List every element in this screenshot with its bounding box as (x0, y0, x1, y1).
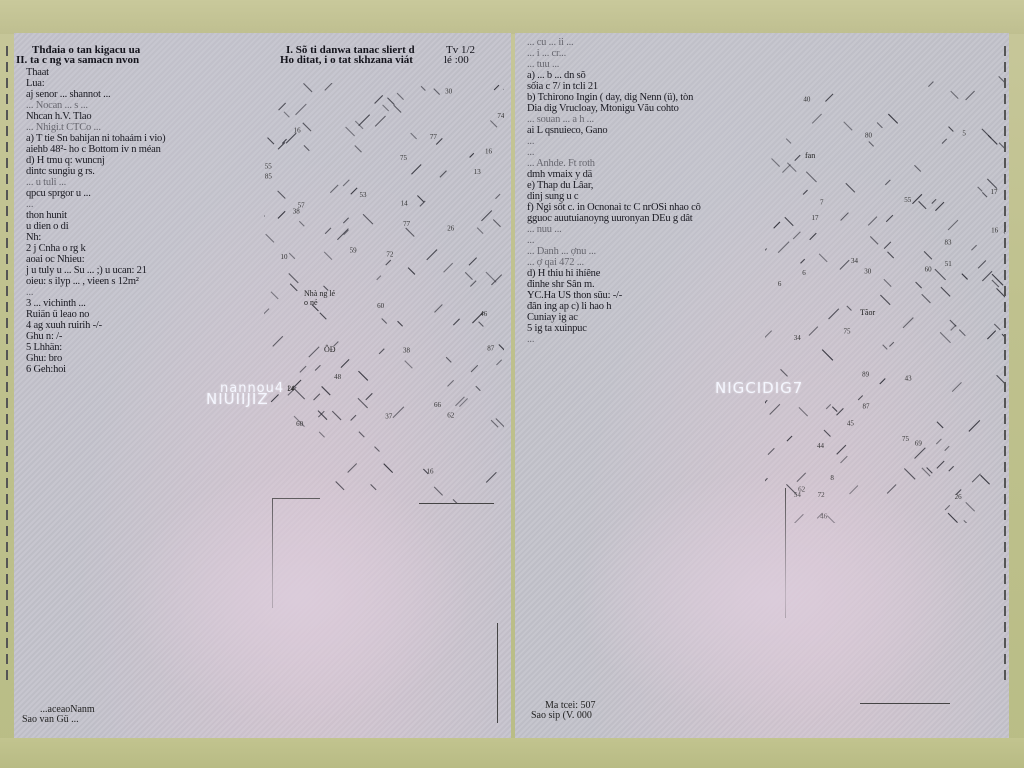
edge-mark (1004, 62, 1006, 72)
svg-text:7: 7 (820, 198, 824, 206)
frame-line (497, 623, 498, 723)
svg-text:45: 45 (847, 420, 855, 428)
edge-mark (6, 62, 8, 72)
svg-text:46: 46 (480, 310, 488, 318)
edge-mark (1004, 494, 1006, 504)
edge-mark (1004, 526, 1006, 536)
text-line: ... (26, 287, 165, 298)
right-footer-2: Sao sip (V. 000 (531, 711, 592, 721)
text-line: ... Nhigi.t CTCo ... (26, 122, 165, 133)
text-line: j u tuly u ... Su ... ;) u ucan: 21 (26, 265, 165, 276)
svg-text:55: 55 (904, 196, 912, 204)
text-line: gguoc auutuianoyng uuronyan DEu g dât (527, 213, 701, 224)
svg-text:69: 69 (915, 439, 923, 447)
text-line: e) Thap du Lâar, (527, 180, 701, 191)
text-line: 5 ig ta xuinpuc (527, 323, 701, 334)
text-line: Nhcan h.V. Tlao (26, 111, 165, 122)
text-line: 2 j Cnha o rg k (26, 243, 165, 254)
edge-mark (1004, 94, 1006, 104)
svg-text:77: 77 (403, 220, 411, 228)
edge-mark (6, 430, 8, 440)
svg-text:80: 80 (865, 131, 873, 139)
edge-mark (1004, 478, 1006, 488)
left-page: Thđaia o tan kigacu ua II. ta c ng va sa… (14, 33, 511, 738)
edge-mark (1004, 606, 1006, 616)
text-line: 5 Lhhän: (26, 342, 165, 353)
left-heading-2: II. ta c ng va samacn nvon (16, 55, 139, 66)
svg-text:5: 5 (962, 129, 966, 137)
edge-mark (6, 174, 8, 184)
watermark-bottom: NIGCIDIG7 (715, 379, 803, 397)
svg-text:17: 17 (991, 188, 999, 196)
svg-text:16: 16 (294, 126, 302, 134)
svg-text:14: 14 (401, 200, 409, 208)
edge-mark (6, 366, 8, 376)
edge-mark (1004, 590, 1006, 600)
text-line: sốia c 7/ in tcli 21 (527, 81, 701, 92)
text-line: b) Tchirono Ingin ( day, dig Nenn (ü), t… (527, 92, 701, 103)
svg-text:40: 40 (803, 96, 811, 104)
edge-mark (1004, 174, 1006, 184)
text-line: f) Ngi sốt c. in Ocnonai tc C nrOSi nhao… (527, 202, 701, 213)
edge-mark (6, 206, 8, 216)
text-line: qpcu sprgor u ... (26, 188, 165, 199)
svg-text:60: 60 (296, 420, 304, 428)
text-line: a) T tie Sn bahijan ni tohaám i vio) (26, 133, 165, 144)
svg-text:16: 16 (485, 147, 493, 155)
text-line: d) H thiu hi ihíêne (527, 268, 701, 279)
left-body-text: ThaatLua:aj senor ... shannot ...... Noc… (26, 67, 165, 375)
text-line: ... i ... cr... (527, 48, 701, 59)
map-label-fan: fan (805, 151, 815, 160)
edge-mark (1004, 190, 1006, 200)
svg-text:24: 24 (288, 384, 296, 392)
text-line: u dien o di (26, 221, 165, 232)
text-line: ... nuu ... (527, 224, 701, 235)
svg-text:77: 77 (430, 133, 438, 141)
edge-mark (1004, 302, 1006, 312)
text-line: ... (527, 147, 701, 158)
svg-text:60: 60 (925, 266, 933, 274)
svg-text:62: 62 (447, 411, 455, 419)
edge-mark (1004, 318, 1006, 328)
edge-mark (6, 318, 8, 328)
map-label-house: Nhà ng lé (304, 289, 335, 298)
edge-mark (6, 478, 8, 488)
edge-mark (1004, 142, 1006, 152)
svg-text:55: 55 (265, 163, 273, 171)
edge-mark (6, 510, 8, 520)
text-line: aj senor ... shannot ... (26, 89, 165, 100)
edge-mark (1004, 574, 1006, 584)
edge-mark (6, 126, 8, 136)
edge-mark (1004, 254, 1006, 264)
edge-mark (6, 670, 8, 680)
svg-text:44: 44 (817, 442, 825, 450)
edge-mark (1004, 638, 1006, 648)
text-line: Dia dig Vrucloay, Mtonigu Vău cohto (527, 103, 701, 114)
svg-text:87: 87 (487, 345, 495, 353)
text-line: dmh vmaix y dä (527, 169, 701, 180)
edge-mark (6, 46, 8, 56)
text-line: Ghu: bro (26, 353, 165, 364)
svg-text:30: 30 (445, 87, 453, 95)
edge-mark (6, 190, 8, 200)
text-line: Lua: (26, 78, 165, 89)
edge-mark (6, 654, 8, 664)
edge-mark (6, 334, 8, 344)
edge-mark (6, 462, 8, 472)
edge-mark (6, 286, 8, 296)
edge-mark (1004, 126, 1006, 136)
table-surface-bottom (0, 738, 1024, 768)
text-line: ... souan ... a h ... (527, 114, 701, 125)
edge-mark (6, 494, 8, 504)
edge-mark (1004, 558, 1006, 568)
text-line: Cuniay ig ac (527, 312, 701, 323)
edge-mark (1004, 206, 1006, 216)
edge-mark (6, 558, 8, 568)
edge-mark (6, 158, 8, 168)
edge-mark (6, 638, 8, 648)
edge-mark (1004, 222, 1006, 232)
svg-text:89: 89 (862, 371, 870, 379)
edge-mark (1004, 622, 1006, 632)
edge-mark (1004, 78, 1006, 88)
svg-text:17: 17 (811, 214, 819, 222)
edge-mark (6, 398, 8, 408)
svg-text:74: 74 (497, 112, 504, 120)
svg-text:85: 85 (265, 172, 273, 180)
text-line: oieu: s ilyp ... , vieen s 12m² (26, 276, 165, 287)
edge-mark (6, 238, 8, 248)
edge-mark (1004, 382, 1006, 392)
right-body-text: ... cu ... ii ...... i ... cr...... tuu … (527, 37, 701, 345)
text-line: đinhe shr Sân m. (527, 279, 701, 290)
svg-text:75: 75 (902, 435, 910, 443)
edge-mark (1004, 238, 1006, 248)
svg-text:48: 48 (334, 373, 342, 381)
text-line: Ruiän ü leao no (26, 309, 165, 320)
svg-text:83: 83 (945, 239, 953, 247)
svg-text:13: 13 (474, 168, 482, 176)
edge-mark (1004, 350, 1006, 360)
edge-mark (1004, 446, 1006, 456)
text-line: a) ... b ... dn sõ (527, 70, 701, 81)
svg-text:6: 6 (802, 269, 806, 277)
text-line: ... (527, 136, 701, 147)
edge-mark (6, 350, 8, 360)
map-header-2: Ho ditat, i o tat skhzana viát (280, 55, 413, 66)
svg-text:59: 59 (350, 247, 358, 255)
text-line: ... Anhde. Ft roth (527, 158, 701, 169)
edge-mark (1004, 398, 1006, 408)
right-parcel-map: 7754030835575894672263445644165168534436… (765, 73, 1005, 523)
svg-text:30: 30 (864, 268, 872, 276)
text-line: 6 Geh:hoi (26, 364, 165, 375)
edge-mark (6, 110, 8, 120)
edge-mark (1004, 334, 1006, 344)
map-scale: lé :00 (444, 55, 469, 66)
right-page-edge-marks (1002, 40, 1008, 730)
text-line: ... u tuli ... (26, 177, 165, 188)
svg-text:87: 87 (862, 403, 870, 411)
text-line: ... tuu ... (527, 59, 701, 70)
svg-text:37: 37 (385, 412, 393, 420)
edge-mark (6, 382, 8, 392)
text-line: ... cu ... ii ... (527, 37, 701, 48)
edge-mark (6, 78, 8, 88)
svg-text:72: 72 (386, 251, 394, 259)
svg-text:34: 34 (794, 334, 802, 342)
edge-mark (6, 606, 8, 616)
svg-text:16: 16 (991, 227, 999, 235)
left-parcel-map: 6014605538462616538559137410381672622487… (264, 83, 504, 503)
edge-mark (6, 302, 8, 312)
edge-mark (1004, 542, 1006, 552)
edge-mark (1004, 366, 1006, 376)
watermark-bottom: NIUIIJIZ (206, 390, 269, 408)
edge-mark (6, 590, 8, 600)
text-line: ... (527, 235, 701, 246)
map-label-house-2: o nẻ (304, 298, 318, 307)
text-line: 3 ... vichinth ... (26, 298, 165, 309)
edge-mark (6, 142, 8, 152)
map-label-od: ÔĐ (324, 345, 336, 354)
text-line: aoai oc Nhieu: (26, 254, 165, 265)
text-line: d) H tmu q: wuncnj (26, 155, 165, 166)
text-line: ai L qsnuieco, Gano (527, 125, 701, 136)
edge-mark (1004, 286, 1006, 296)
edge-mark (6, 222, 8, 232)
svg-text:43: 43 (905, 375, 913, 383)
text-line: Ghu n: /- (26, 331, 165, 342)
edge-mark (6, 446, 8, 456)
edge-mark (6, 574, 8, 584)
edge-mark (6, 542, 8, 552)
svg-text:57: 57 (298, 202, 306, 210)
edge-mark (6, 414, 8, 424)
text-line: ... Danh ... ợnu ... (527, 246, 701, 257)
text-line: ... (26, 199, 165, 210)
edge-mark (1004, 670, 1006, 680)
svg-text:75: 75 (400, 154, 408, 162)
svg-text:53: 53 (360, 191, 368, 199)
svg-text:34: 34 (851, 257, 859, 265)
svg-text:66: 66 (434, 401, 442, 409)
text-line: ... ợ qai 472 ... (527, 257, 701, 268)
text-line: ... (527, 334, 701, 345)
text-line: dinj sung u c (527, 191, 701, 202)
svg-text:38: 38 (403, 347, 411, 355)
edge-mark (1004, 270, 1006, 280)
edge-mark (1004, 510, 1006, 520)
text-line: đân ing ap c) li hao h (527, 301, 701, 312)
text-line: ... Nocan ... s ... (26, 100, 165, 111)
edge-mark (1004, 158, 1006, 168)
right-watermark: NIGCIDIG7 (715, 383, 803, 394)
svg-text:10: 10 (280, 253, 288, 261)
text-line: Nh: (26, 232, 165, 243)
left-footer-2: Sao van Gü ... (22, 715, 79, 725)
edge-mark (1004, 46, 1006, 56)
svg-text:6: 6 (778, 280, 782, 288)
edge-mark (1004, 654, 1006, 664)
edge-mark (6, 270, 8, 280)
text-line: YC.Ha US thon sũu: -/- (527, 290, 701, 301)
edge-mark (6, 254, 8, 264)
edge-mark (1004, 414, 1006, 424)
svg-text:60: 60 (377, 302, 385, 310)
edge-mark (1004, 110, 1006, 120)
left-page-edge-marks (4, 40, 10, 730)
svg-text:51: 51 (945, 260, 953, 268)
glare (123, 470, 471, 724)
text-line: thon hunit (26, 210, 165, 221)
svg-text:75: 75 (843, 328, 851, 336)
svg-text:26: 26 (447, 224, 455, 232)
left-watermark: nannou4 NIUIIJIZ (206, 383, 284, 405)
text-line: Thaat (26, 67, 165, 78)
edge-mark (6, 526, 8, 536)
map-label-tang: Tãor (860, 308, 875, 317)
edge-mark (1004, 462, 1006, 472)
text-line: 4 ag xuuh ruirih -/- (26, 320, 165, 331)
table-surface-top (0, 0, 1024, 34)
edge-mark (6, 94, 8, 104)
glare (574, 470, 969, 724)
edge-mark (1004, 430, 1006, 440)
right-page: ... cu ... ii ...... i ... cr...... tuu … (515, 33, 1009, 738)
text-line: aiehb 48²- ho c Bottom iv n méan (26, 144, 165, 155)
edge-mark (6, 622, 8, 632)
text-line: dintc sungiu g rs. (26, 166, 165, 177)
